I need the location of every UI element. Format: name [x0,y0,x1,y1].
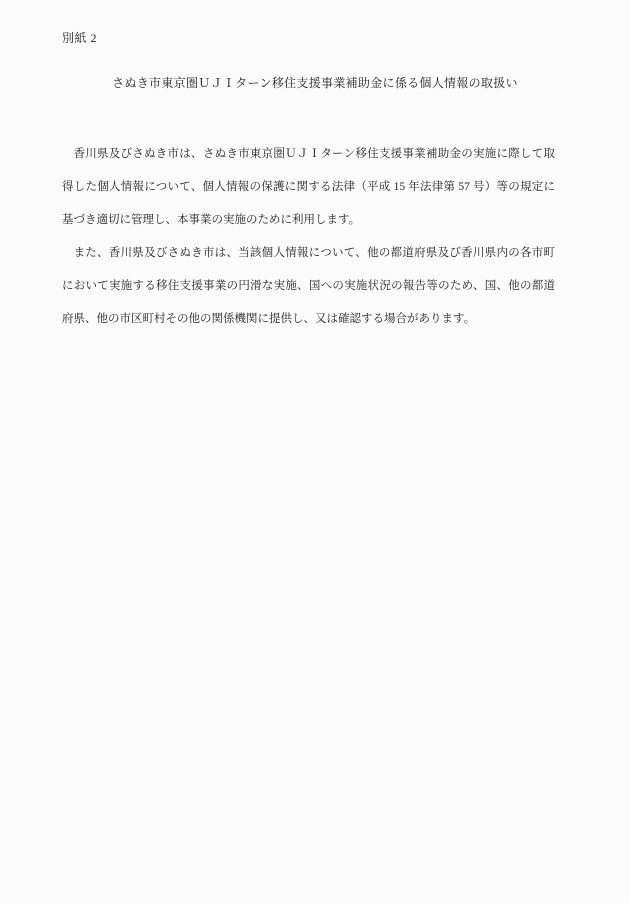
attachment-label: 別紙 2 [62,30,97,47]
document-page: 別紙 2 さぬき市東京圏ＵＪＩターン移住支援事業補助金に係る個人情報の取扱い 香… [0,0,630,903]
document-body: 香川県及びさぬき市は、さぬき市東京圏ＵＪＩターン移住支援事業補助金の実施に際して… [62,138,555,336]
paragraph-2-line-3: 府県、他の市区町村その他の関係機関に提供し、又は確認する場合があります。 [62,303,555,336]
document-title: さぬき市東京圏ＵＪＩターン移住支援事業補助金に係る個人情報の取扱い [0,75,630,92]
paragraph-1-line-1: 香川県及びさぬき市は、さぬき市東京圏ＵＪＩターン移住支援事業補助金の実施に際して… [62,138,555,171]
paragraph-2-line-1: また、香川県及びさぬき市は、当該個人情報について、他の都道府県及び香川県内の各市… [62,237,555,270]
paragraph-1-line-2: 得した個人情報について、個人情報の保護に関する法律（平成 15 年法律第 57 … [62,171,555,204]
paragraph-2-line-2: において実施する移住支援事業の円滑な実施、国への実施状況の報告等のため、国、他の… [62,270,555,303]
paragraph-1-line-3: 基づき適切に管理し、本事業の実施のために利用します。 [62,204,555,237]
